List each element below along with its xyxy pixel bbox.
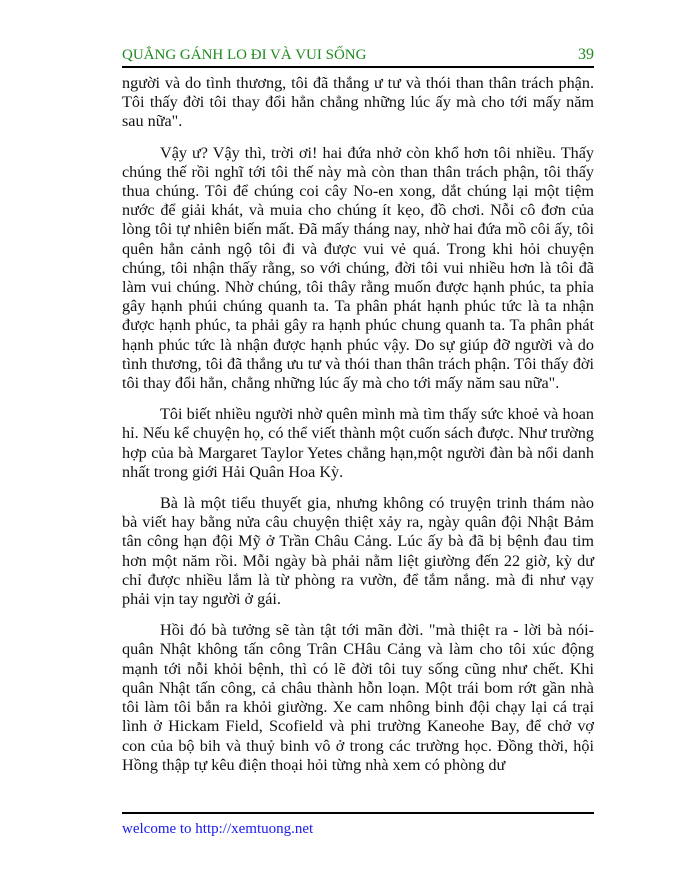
book-title: QUẲNG GÁNH LO ĐI VÀ VUI SỐNG xyxy=(122,46,366,66)
paragraph: Tôi biết nhiều người nhờ quên mình mà tì… xyxy=(122,405,594,482)
paragraph-continuation: người và do tình thương, tôi đã thắng ư … xyxy=(122,74,594,132)
paragraph: Hồi đó bà tưởng sẽ tàn tật tới mãn đời. … xyxy=(122,621,594,775)
paragraph: Vậy ư? Vậy thì, trời ơi! hai đứa nhở còn… xyxy=(122,144,594,394)
body-text: người và do tình thương, tôi đã thắng ư … xyxy=(122,74,594,787)
website-link[interactable]: welcome to http://xemtuong.net xyxy=(122,821,313,837)
page-number: 39 xyxy=(578,46,594,66)
document-page: QUẲNG GÁNH LO ĐI VÀ VUI SỐNG 39 người và… xyxy=(122,0,594,880)
page-footer: welcome to http://xemtuong.net xyxy=(122,812,594,838)
running-header: QUẲNG GÁNH LO ĐI VÀ VUI SỐNG 39 xyxy=(122,44,594,68)
paragraph: Bà là một tiểu thuyết gia, nhưng không c… xyxy=(122,494,594,609)
